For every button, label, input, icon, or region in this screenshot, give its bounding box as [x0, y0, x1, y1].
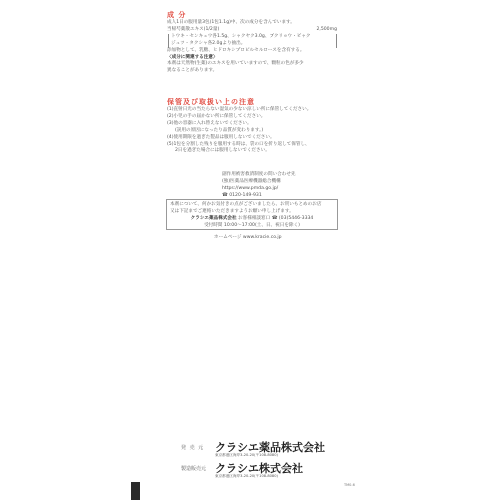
extract-name: 当帰芍薬散エキス(1/2量): [167, 27, 219, 34]
manufacturer: 製造販売元 クラシエ株式会社 東京都港区海岸3-20-20(〒108-8080): [181, 463, 303, 479]
contact-hours: 受付時間 10:00〜17:00(土、日、祝日を除く): [170, 223, 334, 230]
relief-info: 副作用被害救済制度の問い合わせ先 (独)医薬品医療機器総合機構 https://…: [222, 172, 296, 200]
distributor-label: 発 売 元: [181, 444, 215, 451]
ingredients-intro: 成人1日の服用量3包(1包1.1g)中、次の成分を含んでいます。: [167, 20, 337, 27]
print-mark-bar: [131, 482, 140, 500]
storage-item: (2)小児の手の届かない所に保管してください。: [167, 114, 337, 121]
ingredients-section: 成 分 成人1日の服用量3包(1包1.1g)中、次の成分を含んでいます。 当帰芍…: [167, 10, 337, 75]
distributor: 発 売 元 クラシエ薬品株式会社 東京都港区海岸3-20-20(〒108-808…: [181, 442, 325, 458]
herbs-line-2: ジュツ・タクシャ各2.0gより抽出。: [171, 41, 334, 48]
contact-line-2: 又は下記までご連絡いただきますようお願い申し上げます。: [170, 209, 334, 216]
contact-line-1: 本剤について、何かお気付きの点がございましたら、お買いもとめのお店: [170, 202, 334, 209]
additives: 添加物として、乳糖、ヒドロキシプロピルセルロースを含有する。: [167, 48, 337, 55]
document-code: TM0-6: [344, 483, 355, 487]
storage-item: (誤用の原因になったり品質が変わります。): [167, 128, 337, 135]
contact-company-row: クラシエ薬品株式会社 お客様相談窓口 ☎ (03)5446-3334: [170, 216, 334, 223]
herbs-line-1: トウキ・センキュウ各1.5g、シャクヤク3.0g、ブクリョウ・ビャク: [171, 34, 334, 41]
phone-icon: ☎: [272, 216, 278, 221]
ingredients-heading: 成 分: [167, 10, 337, 20]
storage-item: (4)使用期限を過ぎた製品は服用しないでください。: [167, 135, 337, 142]
storage-item: 2日を過ぎた場合には服用しないでください。: [167, 148, 337, 155]
manufacturer-label: 製造販売元: [181, 465, 215, 472]
herbs-bracket: トウキ・センキュウ各1.5g、シャクヤク3.0g、ブクリョウ・ビャク ジュツ・タ…: [168, 34, 337, 48]
storage-section: 保管及び取扱い上の注意 (1)直射日光の当たらない湿気の少ない涼しい所に保管して…: [167, 97, 337, 155]
distributor-name: クラシエ薬品株式会社: [215, 442, 325, 453]
relief-line-1: 副作用被害救済制度の問い合わせ先: [222, 172, 296, 179]
storage-item: (1)直射日光の当たらない湿気の少ない涼しい所に保管してください。: [167, 107, 337, 114]
phone-icon: ☎: [222, 193, 228, 198]
relief-line-2: (独)医薬品医療機器総合機構: [222, 179, 296, 186]
caution-line-2: 異なることがあります。: [167, 68, 337, 75]
contact-company: クラシエ薬品株式会社: [191, 216, 237, 221]
homepage[interactable]: ホームページ www.kracie.co.jp: [214, 235, 282, 242]
manufacturer-name: クラシエ株式会社: [215, 463, 303, 474]
contact-desk: お客様相談窓口: [238, 216, 270, 221]
extract-row: 当帰芍薬散エキス(1/2量) 2,500mg: [167, 27, 337, 34]
contact-box: 本剤について、何かお気付きの点がございましたら、お買いもとめのお店 又は下記まで…: [166, 199, 338, 230]
relief-url[interactable]: https://www.pmda.go.jp/: [222, 186, 296, 193]
extract-amount: 2,500mg: [316, 27, 337, 34]
storage-heading: 保管及び取扱い上の注意: [167, 97, 337, 107]
contact-phone: (03)5446-3334: [279, 216, 313, 221]
relief-phone: 0120-149-931: [229, 193, 262, 198]
storage-item: (3)他の容器に入れ替えないでください。: [167, 121, 337, 128]
